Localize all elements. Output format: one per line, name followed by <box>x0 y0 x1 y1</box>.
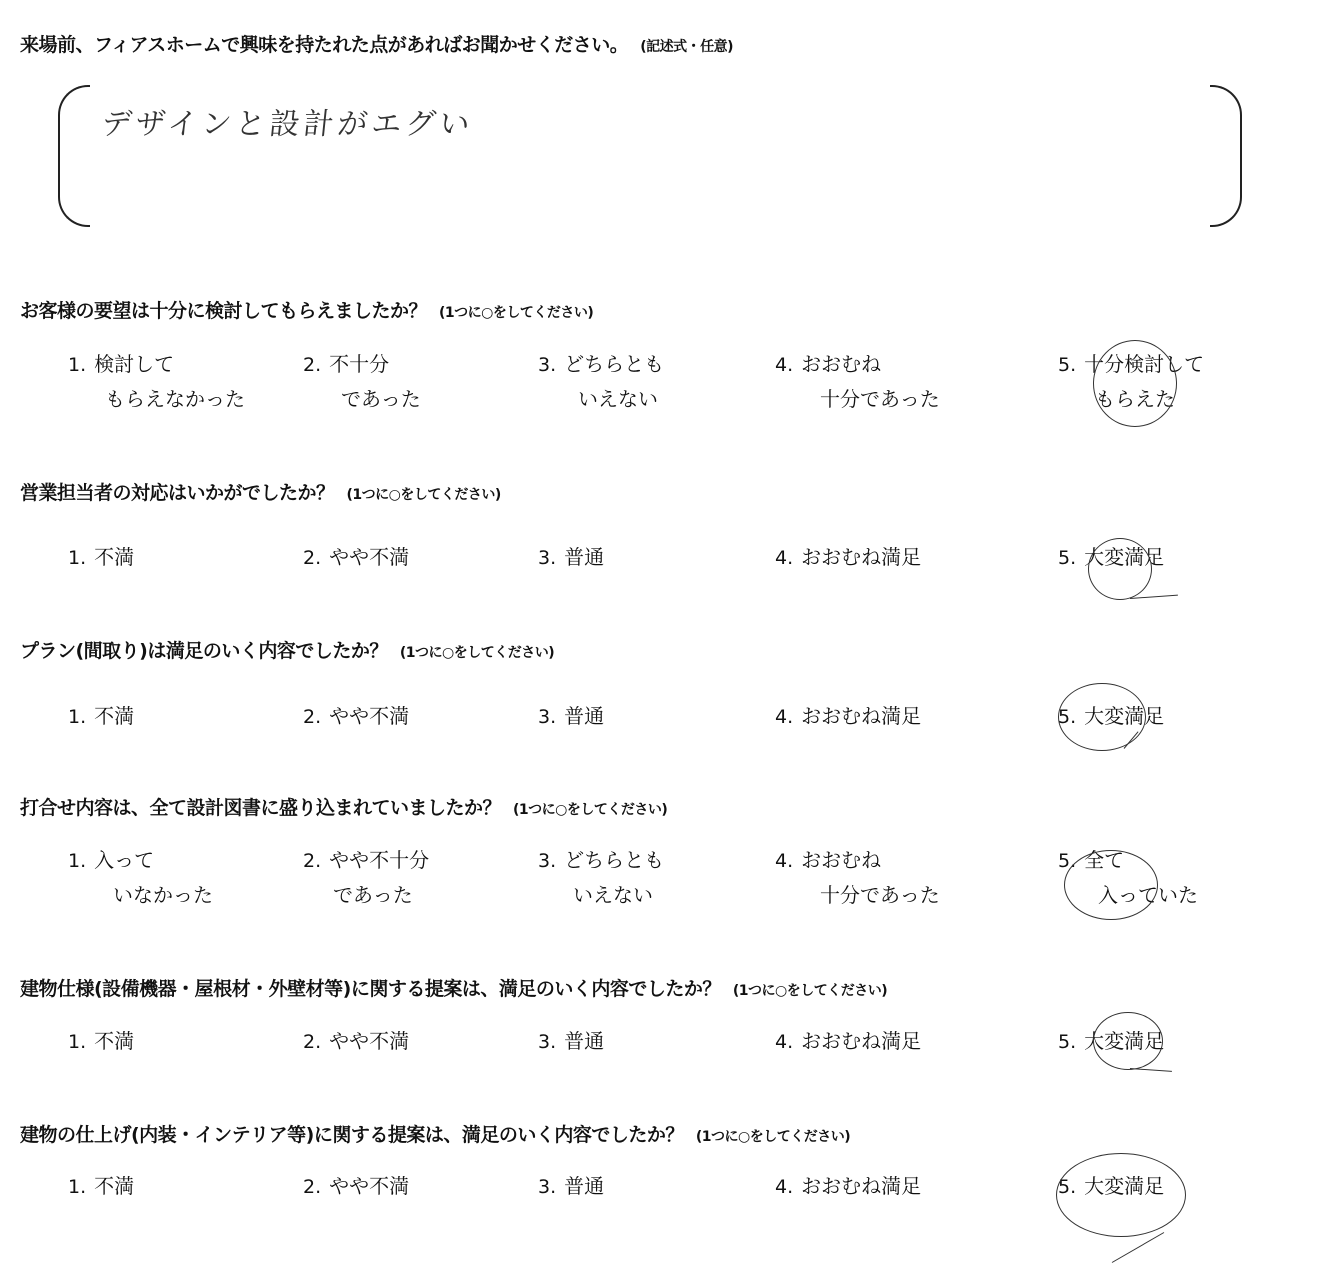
option-label: 普通 <box>564 1029 604 1053</box>
option-label: 普通 <box>564 1174 604 1198</box>
option-number: 2. <box>303 844 321 878</box>
option-label-line2: いえない <box>538 878 664 912</box>
option-label: やや不満 <box>329 1174 409 1198</box>
question-text: お客様の要望は十分に検討してもらえましたか？ <box>20 300 427 322</box>
option-label: 全て <box>1084 848 1124 872</box>
option-number: 1. <box>68 541 86 575</box>
option-label: 普通 <box>564 704 604 728</box>
q6-option-3[interactable]: 3.普通 <box>538 1169 604 1204</box>
q1-option-1[interactable]: 1.検討してもらえなかった <box>68 347 245 416</box>
option-number: 3. <box>538 1170 556 1204</box>
free-question-title: 来場前、フィアスホームで興味を持たれた点があればお聞かせください。(記述式・任意… <box>20 30 733 57</box>
option-label: 大変満足 <box>1084 545 1164 569</box>
option-label: どちらとも <box>564 352 664 376</box>
option-number: 2. <box>303 1025 321 1059</box>
option-label-line2: いなかった <box>68 878 213 912</box>
option-label: 不十分 <box>329 352 389 376</box>
option-label-line2: いえない <box>538 382 664 416</box>
question-3-title: プラン(間取り)は満足のいく内容でしたか？(1つに○をしてください) <box>20 636 554 663</box>
option-number: 4. <box>775 700 793 734</box>
option-label: 普通 <box>564 545 604 569</box>
question-text: 営業担当者の対応はいかがでしたか？ <box>20 482 335 504</box>
selection-tail <box>1130 1068 1172 1072</box>
question-4-title: 打合せ内容は、全て設計図書に盛り込まれていましたか？(1つに○をしてください) <box>20 793 667 820</box>
option-number: 4. <box>775 844 793 878</box>
q2-option-5[interactable]: 5.大変満足 <box>1058 540 1164 575</box>
option-label: 不満 <box>94 1174 134 1198</box>
option-label-line2: もらえなかった <box>68 382 245 416</box>
q6-option-4[interactable]: 4.おおむね満足 <box>775 1169 921 1204</box>
option-label: 不満 <box>94 704 134 728</box>
q1-option-2[interactable]: 2.不十分であった <box>303 347 421 416</box>
question-note: (1つに○をしてください) <box>347 487 501 503</box>
option-number: 3. <box>538 1025 556 1059</box>
q5-option-3[interactable]: 3.普通 <box>538 1024 604 1059</box>
question-note: (1つに○をしてください) <box>733 983 887 999</box>
q3-option-1[interactable]: 1.不満 <box>68 699 134 734</box>
option-label: 十分検討して <box>1084 352 1204 376</box>
option-number: 1. <box>68 700 86 734</box>
option-label: 不満 <box>94 1029 134 1053</box>
option-label: おおむね満足 <box>801 704 921 728</box>
q5-option-2[interactable]: 2.やや不満 <box>303 1024 409 1059</box>
option-number: 5. <box>1058 844 1076 878</box>
option-number: 4. <box>775 1170 793 1204</box>
option-label: おおむね <box>801 352 881 376</box>
option-number: 3. <box>538 700 556 734</box>
q1-option-3[interactable]: 3.どちらともいえない <box>538 347 664 416</box>
option-number: 5. <box>1058 1025 1076 1059</box>
option-label-line2: であった <box>303 878 429 912</box>
option-label: おおむね <box>801 848 881 872</box>
option-label: 不満 <box>94 545 134 569</box>
question-text: 来場前、フィアスホームで興味を持たれた点があればお聞かせください。 <box>20 34 628 56</box>
option-number: 2. <box>303 700 321 734</box>
q1-option-4[interactable]: 4.おおむね十分であった <box>775 347 940 416</box>
question-text: プラン(間取り)は満足のいく内容でしたか？ <box>20 640 388 662</box>
q3-option-2[interactable]: 2.やや不満 <box>303 699 409 734</box>
option-label: どちらとも <box>564 848 664 872</box>
option-label: やや不満 <box>329 1029 409 1053</box>
q4-option-1[interactable]: 1.入っていなかった <box>68 843 213 912</box>
option-label: やや不十分 <box>329 848 429 872</box>
question-text: 建物仕様(設備機器・屋根材・外壁材等)に関する提案は、満足のいく内容でしたか？ <box>20 978 721 1000</box>
selection-tail <box>1112 1232 1164 1263</box>
question-1-title: お客様の要望は十分に検討してもらえましたか？(1つに○をしてください) <box>20 296 593 323</box>
option-label: 大変満足 <box>1084 1174 1164 1198</box>
question-note: (1つに○をしてください) <box>513 802 667 818</box>
option-number: 1. <box>68 348 86 382</box>
question-note: (1つに○をしてください) <box>400 645 554 661</box>
option-number: 4. <box>775 541 793 575</box>
option-label: やや不満 <box>329 545 409 569</box>
q3-option-4[interactable]: 4.おおむね満足 <box>775 699 921 734</box>
option-number: 3. <box>538 348 556 382</box>
question-5-title: 建物仕様(設備機器・屋根材・外壁材等)に関する提案は、満足のいく内容でしたか？(… <box>20 974 887 1001</box>
q6-option-1[interactable]: 1.不満 <box>68 1169 134 1204</box>
option-number: 2. <box>303 348 321 382</box>
option-number: 2. <box>303 1170 321 1204</box>
option-number: 5. <box>1058 541 1076 575</box>
option-number: 5. <box>1058 348 1076 382</box>
option-label: 大変満足 <box>1084 1029 1164 1053</box>
right-bracket <box>1210 85 1242 227</box>
q6-option-2[interactable]: 2.やや不満 <box>303 1169 409 1204</box>
option-label: やや不満 <box>329 704 409 728</box>
option-label-line2: であった <box>303 382 421 416</box>
q4-option-4[interactable]: 4.おおむね十分であった <box>775 843 940 912</box>
question-6-title: 建物の仕上げ(内装・インテリア等)に関する提案は、満足のいく内容でしたか？(1つ… <box>20 1120 850 1147</box>
option-number: 2. <box>303 541 321 575</box>
option-number: 5. <box>1058 700 1076 734</box>
q2-option-4[interactable]: 4.おおむね満足 <box>775 540 921 575</box>
q3-option-3[interactable]: 3.普通 <box>538 699 604 734</box>
q5-option-5[interactable]: 5.大変満足 <box>1058 1024 1164 1059</box>
option-label-line2: 十分であった <box>775 878 940 912</box>
option-label: 大変満足 <box>1084 704 1164 728</box>
option-label: おおむね満足 <box>801 1174 921 1198</box>
option-label-line2: 入っていた <box>1058 878 1198 912</box>
q6-option-5[interactable]: 5.大変満足 <box>1058 1169 1164 1204</box>
q5-option-1[interactable]: 1.不満 <box>68 1024 134 1059</box>
question-2-title: 営業担当者の対応はいかがでしたか？(1つに○をしてください) <box>20 478 501 505</box>
q2-option-2[interactable]: 2.やや不満 <box>303 540 409 575</box>
free-answer-box[interactable]: デザインと設計がエグい <box>58 85 1242 223</box>
q2-option-3[interactable]: 3.普通 <box>538 540 604 575</box>
q3-option-5[interactable]: 5.大変満足 <box>1058 699 1164 734</box>
left-bracket <box>58 85 90 227</box>
option-number: 4. <box>775 348 793 382</box>
option-label: 入って <box>94 848 154 872</box>
q4-option-5[interactable]: 5.全て入っていた <box>1058 843 1198 912</box>
option-label: おおむね満足 <box>801 1029 921 1053</box>
option-number: 1. <box>68 844 86 878</box>
q1-option-5[interactable]: 5.十分検討してもらえた <box>1058 347 1204 416</box>
option-number: 3. <box>538 844 556 878</box>
option-number: 1. <box>68 1025 86 1059</box>
question-text: 建物の仕上げ(内装・インテリア等)に関する提案は、満足のいく内容でしたか？ <box>20 1124 684 1146</box>
option-label-line2: 十分であった <box>775 382 940 416</box>
handwritten-answer: デザインと設計がエグい <box>100 99 477 143</box>
q2-option-1[interactable]: 1.不満 <box>68 540 134 575</box>
question-note: (記述式・任意) <box>640 39 733 55</box>
option-label-line2: もらえた <box>1058 382 1204 416</box>
q5-option-4[interactable]: 4.おおむね満足 <box>775 1024 921 1059</box>
option-number: 1. <box>68 1170 86 1204</box>
option-label: 検討して <box>94 352 174 376</box>
option-number: 4. <box>775 1025 793 1059</box>
selection-tail <box>1130 595 1178 599</box>
option-number: 5. <box>1058 1170 1076 1204</box>
option-label: おおむね満足 <box>801 545 921 569</box>
question-note: (1つに○をしてください) <box>696 1129 850 1145</box>
question-note: (1つに○をしてください) <box>439 305 593 321</box>
option-number: 3. <box>538 541 556 575</box>
question-text: 打合せ内容は、全て設計図書に盛り込まれていましたか？ <box>20 797 501 819</box>
q4-option-2[interactable]: 2.やや不十分であった <box>303 843 429 912</box>
q4-option-3[interactable]: 3.どちらともいえない <box>538 843 664 912</box>
